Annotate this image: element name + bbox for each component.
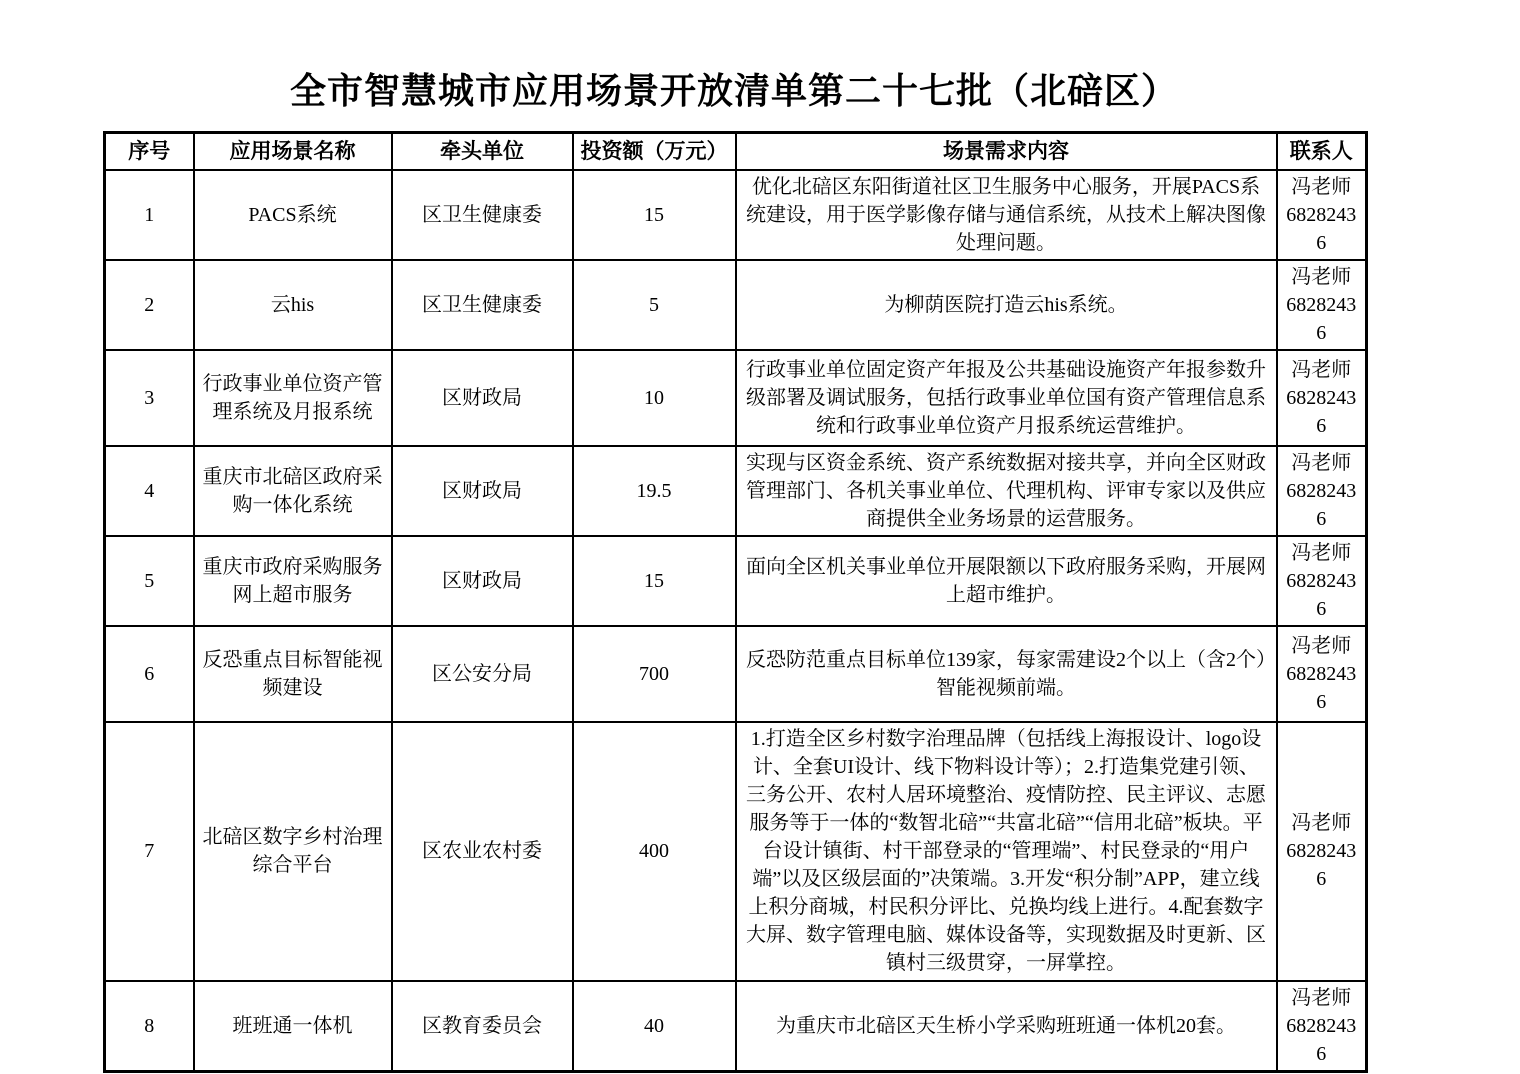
contact-cell: 冯老师68282436 [1277, 981, 1367, 1072]
lead-unit-cell: 区卫生健康委 [392, 260, 573, 350]
table-row: 1PACS系统区卫生健康委15优化北碚区东阳街道社区卫生服务中心服务，开展PAC… [105, 170, 1367, 260]
table-row: 4重庆市北碚区政府采购一体化系统区财政局19.5实现与区资金系统、资产系统数据对… [105, 446, 1367, 536]
contact-cell: 冯老师68282436 [1277, 170, 1367, 260]
table-row: 2云his区卫生健康委5为柳荫医院打造云his系统。冯老师68282436 [105, 260, 1367, 350]
contact-phone: 68282436 [1286, 201, 1358, 257]
row-number-cell: 4 [105, 446, 194, 536]
lead-unit-cell: 区财政局 [392, 350, 573, 446]
contact-name: 冯老师 [1286, 632, 1358, 660]
scene-name-cell: 云his [194, 260, 392, 350]
investment-cell: 15 [573, 536, 736, 626]
row-number-cell: 8 [105, 981, 194, 1072]
demand-cell: 行政事业单位固定资产年报及公共基础设施资产年报参数升级部署及调试服务，包括行政事… [736, 350, 1277, 446]
contact-name: 冯老师 [1286, 173, 1358, 201]
row-number-cell: 7 [105, 722, 194, 981]
header-investment: 投资额（万元） [573, 133, 736, 170]
table-row: 7北碚区数字乡村治理综合平台区农业农村委4001.打造全区乡村数字治理品牌（包括… [105, 722, 1367, 981]
table-row: 3行政事业单位资产管理系统及月报系统区财政局10行政事业单位固定资产年报及公共基… [105, 350, 1367, 446]
investment-cell: 700 [573, 626, 736, 722]
table-row: 8班班通一体机区教育委员会40为重庆市北碚区天生桥小学采购班班通一体机20套。冯… [105, 981, 1367, 1072]
lead-unit-cell: 区财政局 [392, 536, 573, 626]
contact-phone: 68282436 [1286, 837, 1358, 893]
scene-name-cell: 反恐重点目标智能视频建设 [194, 626, 392, 722]
lead-unit-cell: 区卫生健康委 [392, 170, 573, 260]
contact-phone: 68282436 [1286, 660, 1358, 716]
table-row: 6反恐重点目标智能视频建设区公安分局700反恐防范重点目标单位139家，每家需建… [105, 626, 1367, 722]
contact-name: 冯老师 [1286, 539, 1358, 567]
header-scene-name: 应用场景名称 [194, 133, 392, 170]
contact-cell: 冯老师68282436 [1277, 350, 1367, 446]
contact-phone: 68282436 [1286, 567, 1358, 623]
demand-cell: 1.打造全区乡村数字治理品牌（包括线上海报设计、logo设计、全套UI设计、线下… [736, 722, 1277, 981]
contact-name: 冯老师 [1286, 449, 1358, 477]
scene-name-cell: 北碚区数字乡村治理综合平台 [194, 722, 392, 981]
lead-unit-cell: 区公安分局 [392, 626, 573, 722]
row-number-cell: 1 [105, 170, 194, 260]
scene-name-cell: 班班通一体机 [194, 981, 392, 1072]
scene-table: 序号 应用场景名称 牵头单位 投资额（万元） 场景需求内容 联系人 1PACS系… [103, 131, 1368, 1073]
scene-name-cell: PACS系统 [194, 170, 392, 260]
scene-name-cell: 行政事业单位资产管理系统及月报系统 [194, 350, 392, 446]
investment-cell: 400 [573, 722, 736, 981]
investment-cell: 10 [573, 350, 736, 446]
demand-cell: 优化北碚区东阳街道社区卫生服务中心服务，开展PACS系统建设，用于医学影像存储与… [736, 170, 1277, 260]
contact-phone: 68282436 [1286, 477, 1358, 533]
contact-name: 冯老师 [1286, 356, 1358, 384]
investment-cell: 5 [573, 260, 736, 350]
lead-unit-cell: 区农业农村委 [392, 722, 573, 981]
contact-cell: 冯老师68282436 [1277, 536, 1367, 626]
contact-cell: 冯老师68282436 [1277, 260, 1367, 350]
table-row: 5重庆市政府采购服务网上超市服务区财政局15面向全区机关事业单位开展限额以下政府… [105, 536, 1367, 626]
lead-unit-cell: 区财政局 [392, 446, 573, 536]
demand-cell: 面向全区机关事业单位开展限额以下政府服务采购，开展网上超市维护。 [736, 536, 1277, 626]
investment-cell: 15 [573, 170, 736, 260]
row-number-cell: 6 [105, 626, 194, 722]
scene-name-cell: 重庆市政府采购服务网上超市服务 [194, 536, 392, 626]
header-lead-unit: 牵头单位 [392, 133, 573, 170]
scene-name-cell: 重庆市北碚区政府采购一体化系统 [194, 446, 392, 536]
table-body: 1PACS系统区卫生健康委15优化北碚区东阳街道社区卫生服务中心服务，开展PAC… [105, 170, 1367, 1072]
investment-cell: 19.5 [573, 446, 736, 536]
demand-cell: 为重庆市北碚区天生桥小学采购班班通一体机20套。 [736, 981, 1277, 1072]
contact-phone: 68282436 [1286, 291, 1358, 347]
page-title: 全市智慧城市应用场景开放清单第二十七批（北碚区） [103, 70, 1365, 112]
demand-cell: 反恐防范重点目标单位139家，每家需建设2个以上（含2个）智能视频前端。 [736, 626, 1277, 722]
row-number-cell: 5 [105, 536, 194, 626]
contact-cell: 冯老师68282436 [1277, 626, 1367, 722]
contact-cell: 冯老师68282436 [1277, 722, 1367, 981]
header-row-number: 序号 [105, 133, 194, 170]
contact-cell: 冯老师68282436 [1277, 446, 1367, 536]
demand-cell: 为柳荫医院打造云his系统。 [736, 260, 1277, 350]
demand-cell: 实现与区资金系统、资产系统数据对接共享，并向全区财政管理部门、各机关事业单位、代… [736, 446, 1277, 536]
contact-name: 冯老师 [1286, 263, 1358, 291]
row-number-cell: 3 [105, 350, 194, 446]
header-contact: 联系人 [1277, 133, 1367, 170]
lead-unit-cell: 区教育委员会 [392, 981, 573, 1072]
contact-name: 冯老师 [1286, 809, 1358, 837]
document-page: 全市智慧城市应用场景开放清单第二十七批（北碚区） 序号 应用场景名称 牵头单位 … [0, 0, 1520, 1074]
contact-name: 冯老师 [1286, 984, 1358, 1012]
table-header-row: 序号 应用场景名称 牵头单位 投资额（万元） 场景需求内容 联系人 [105, 133, 1367, 170]
contact-phone: 68282436 [1286, 1012, 1358, 1068]
investment-cell: 40 [573, 981, 736, 1072]
header-demand: 场景需求内容 [736, 133, 1277, 170]
contact-phone: 68282436 [1286, 384, 1358, 440]
row-number-cell: 2 [105, 260, 194, 350]
